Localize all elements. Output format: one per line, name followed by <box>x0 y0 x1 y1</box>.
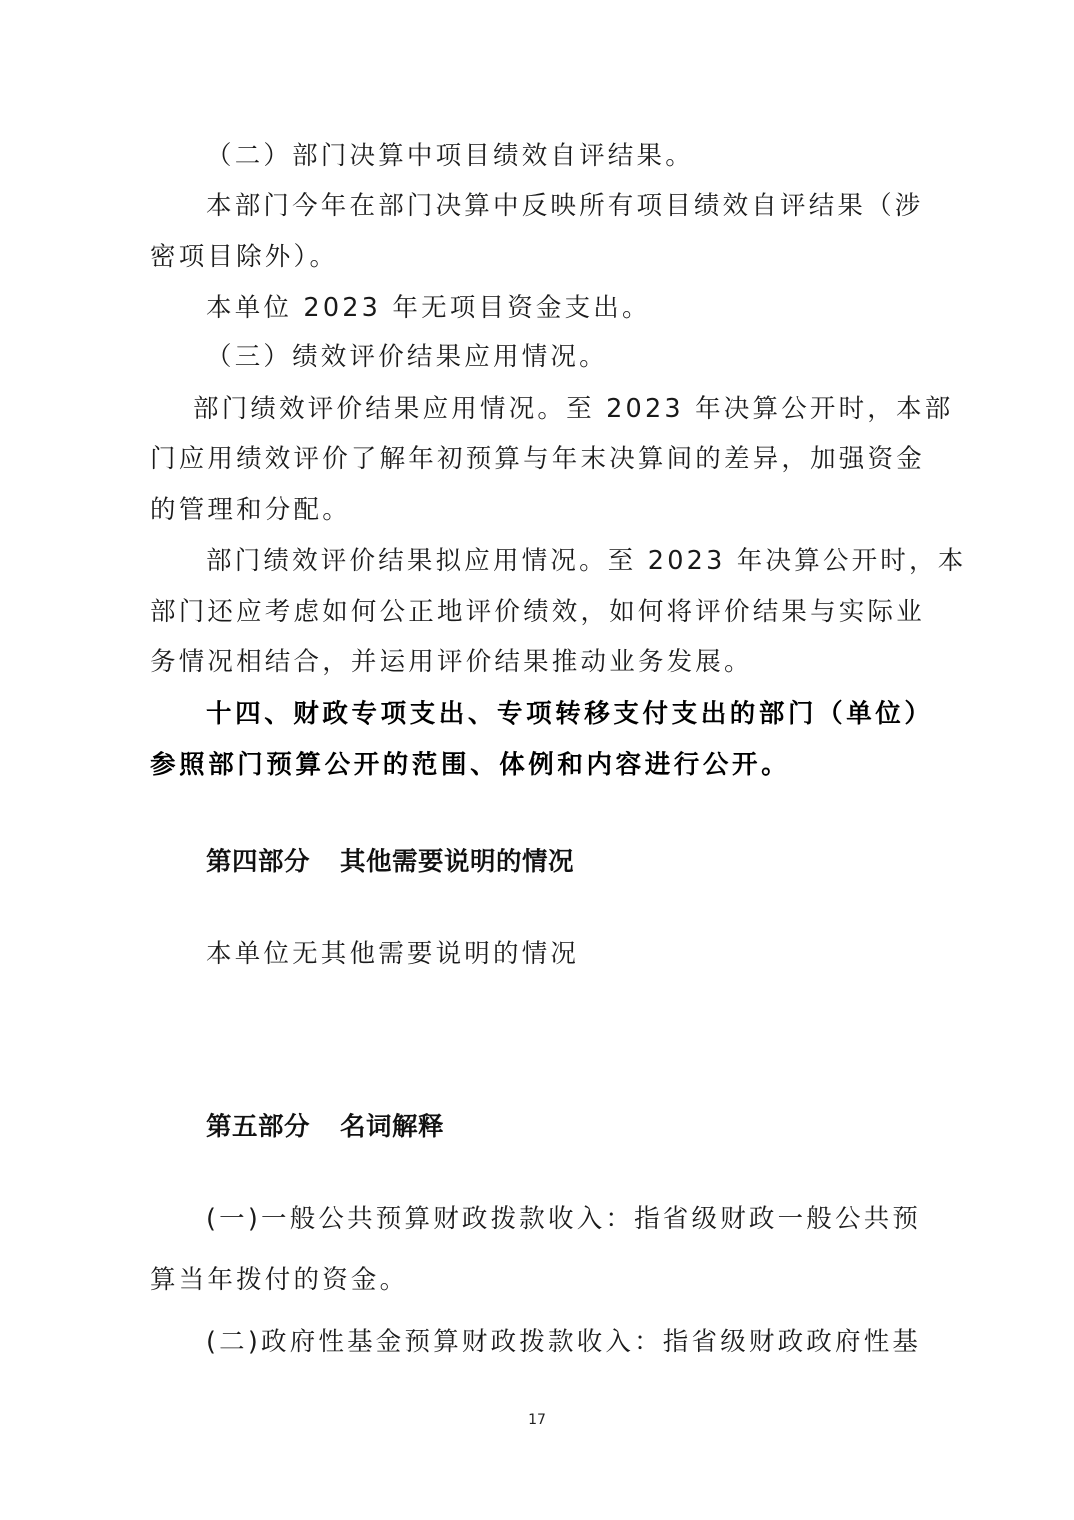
part-5-title: 名词解释 <box>340 1112 444 1142</box>
section-heading-special-expenditure-cont: 参照部门预算公开的范围、体例和内容进行公开。 <box>150 748 790 782</box>
term-definition-line: (一)一般公共预算财政拨款收入：指省级财政一般公共预 <box>206 1202 921 1236</box>
section-heading-special-expenditure: 十四、财政专项支出、专项转移支付支出的部门（单位） <box>206 697 934 731</box>
page-number: 17 <box>0 1411 1074 1429</box>
paragraph-line: 本部门今年在部门决算中反映所有项目绩效自评结果（涉 <box>206 189 924 223</box>
section-heading-performance-self-evaluation: （二）部门决算中项目绩效自评结果。 <box>206 139 694 173</box>
term-definition-line: 算当年拨付的资金。 <box>150 1263 408 1297</box>
part-4-heading: 第四部分其他需要说明的情况 <box>206 845 574 879</box>
part-4-body: 本单位无其他需要说明的情况 <box>206 937 579 971</box>
section-heading-evaluation-result-application: （三）绩效评价结果应用情况。 <box>206 340 608 374</box>
paragraph-line: 的管理和分配。 <box>150 493 351 527</box>
part-4-title: 其他需要说明的情况 <box>340 847 574 877</box>
part-5-label: 第五部分 <box>206 1112 310 1142</box>
paragraph-no-project-expenditure: 本单位 2023 年无项目资金支出。 <box>206 291 651 325</box>
paragraph-line: 部门还应考虑如何公正地评价绩效，如何将评价结果与实际业 <box>150 595 925 629</box>
paragraph-line: 部门绩效评价结果应用情况。至 2023 年决算公开时，本部 <box>193 392 953 426</box>
paragraph-line: 务情况相结合，并运用评价结果推动业务发展。 <box>150 645 753 679</box>
paragraph-line: 门应用绩效评价了解年初预算与年末决算间的差异，加强资金 <box>150 442 925 476</box>
part-5-heading: 第五部分名词解释 <box>206 1110 444 1144</box>
term-definition-line: (二)政府性基金预算财政拨款收入：指省级财政政府性基 <box>206 1325 921 1359</box>
part-4-label: 第四部分 <box>206 847 310 877</box>
paragraph-line: 密项目除外）。 <box>150 240 338 274</box>
paragraph-line: 部门绩效评价结果拟应用情况。至 2023 年决算公开时，本 <box>206 544 966 578</box>
